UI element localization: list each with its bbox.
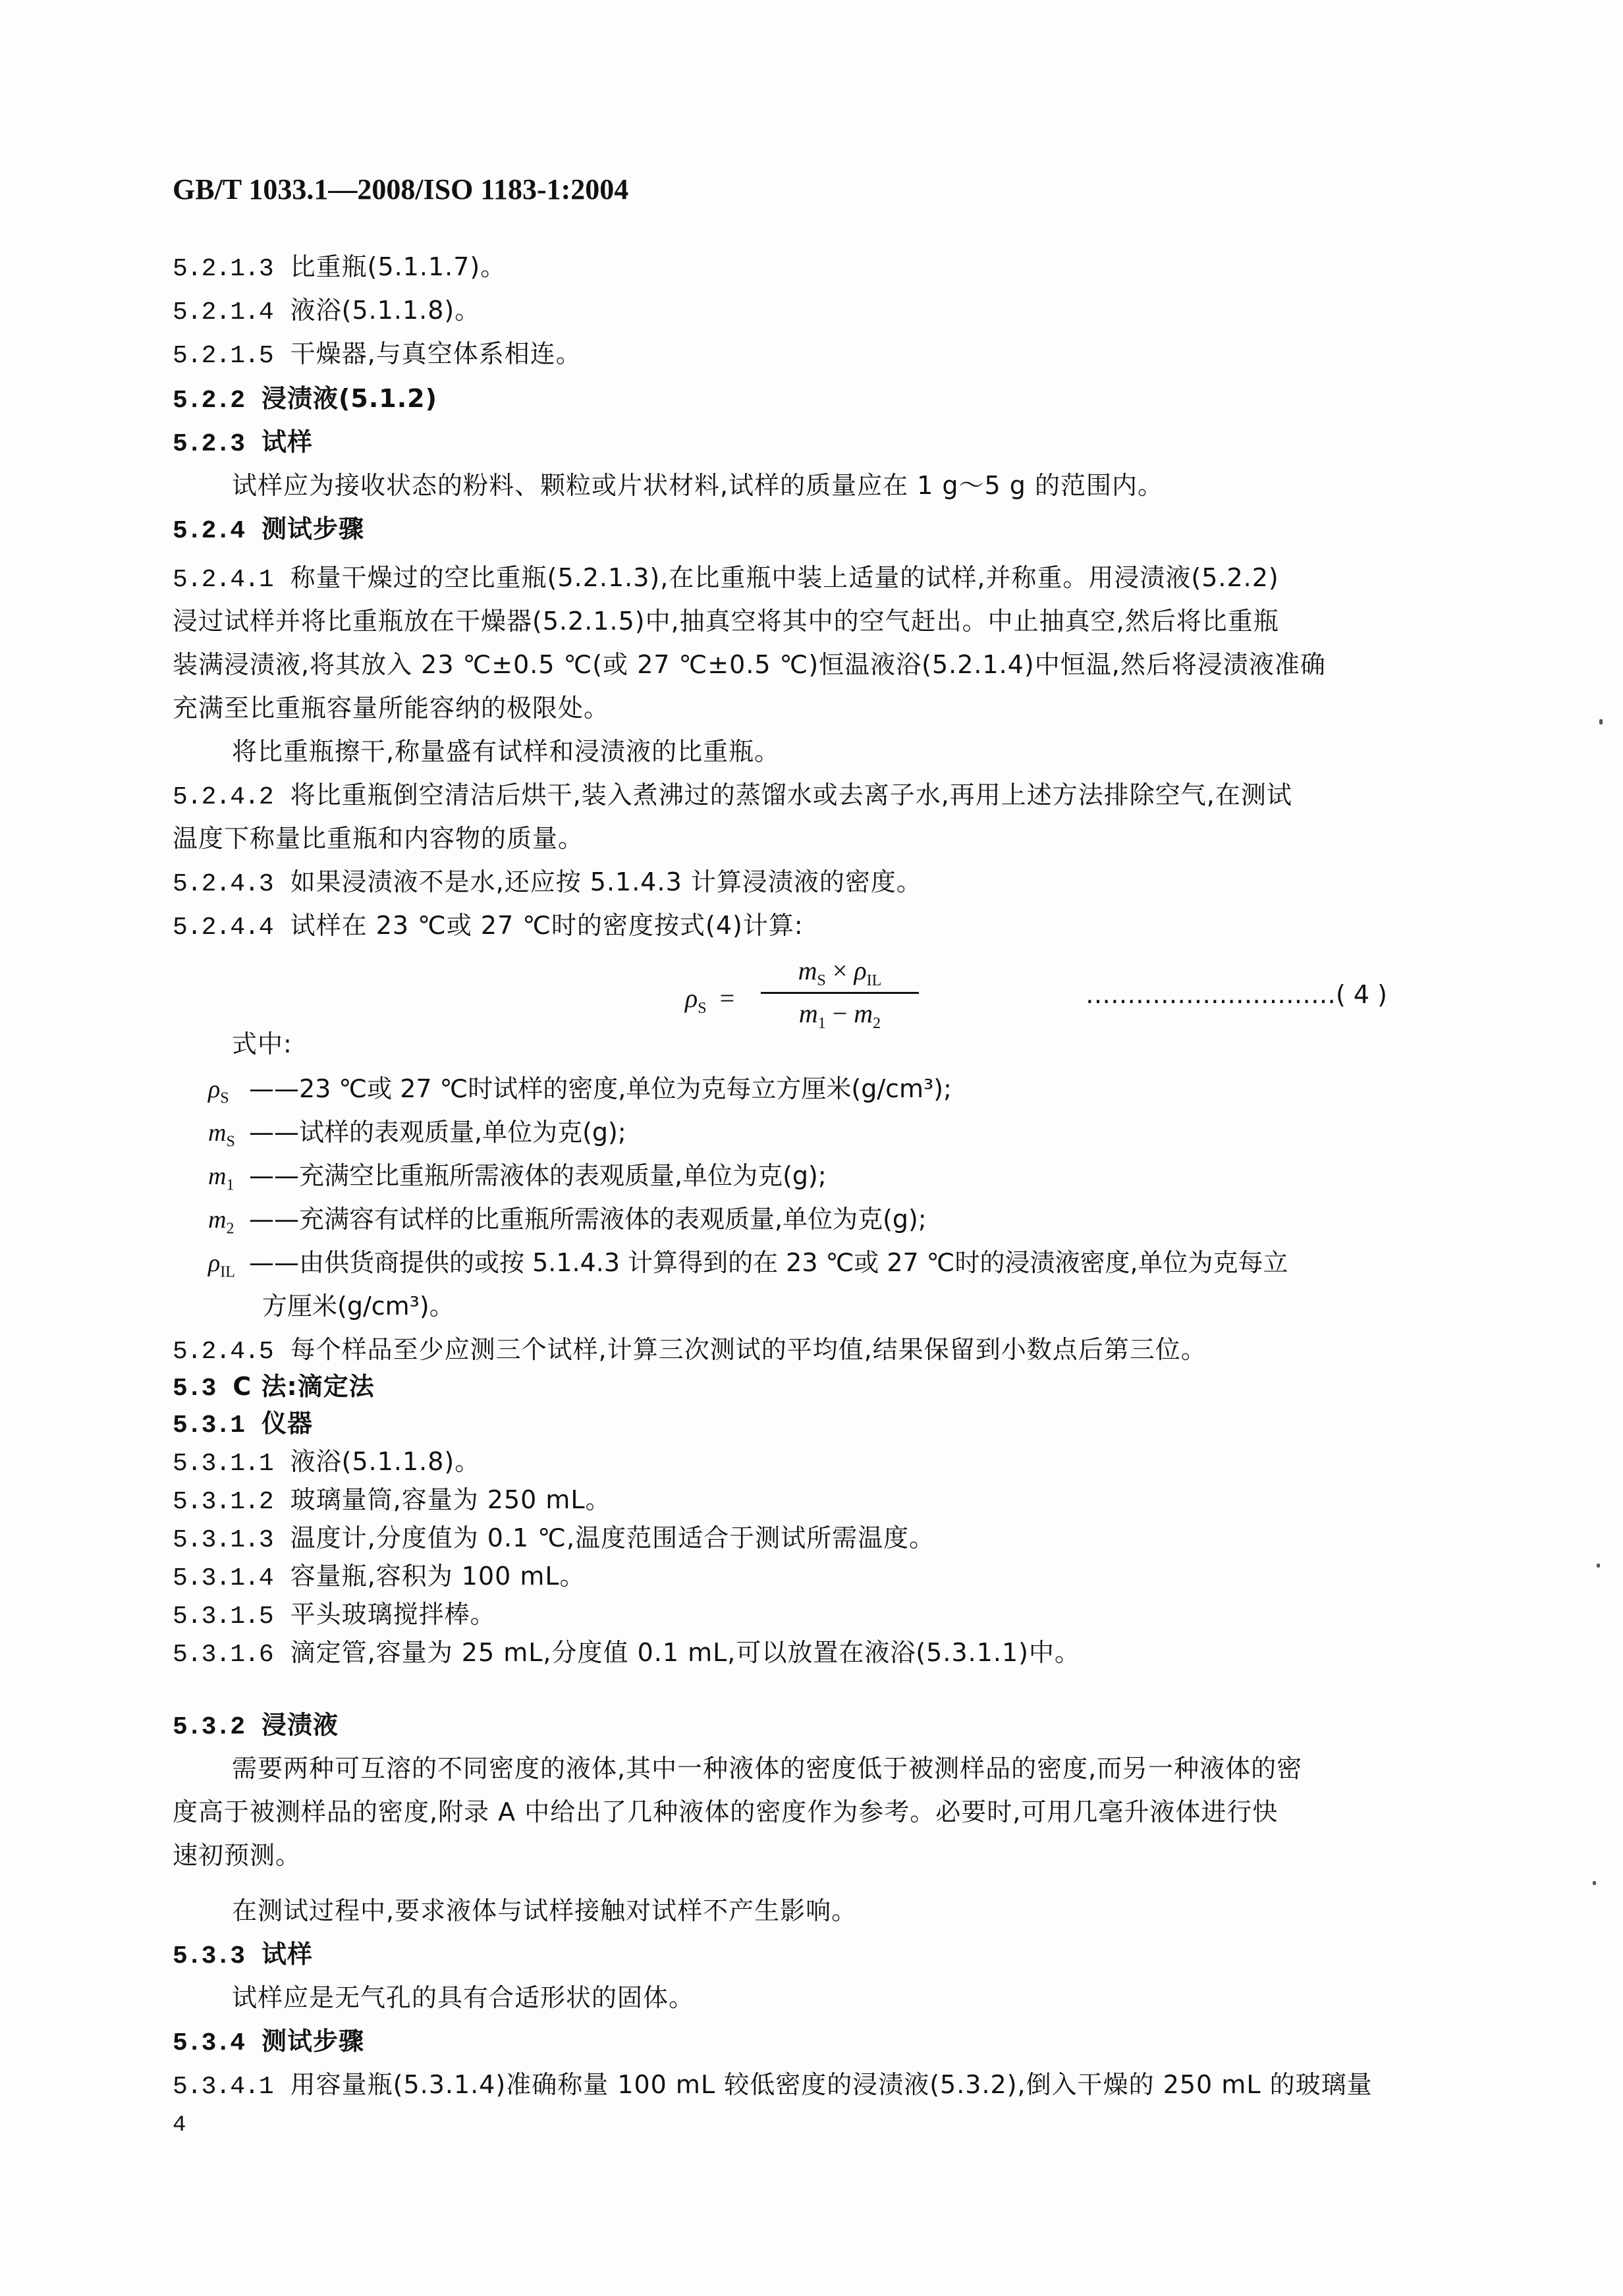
clause-heading: 试样 [261, 427, 313, 456]
clause-number: 5.3.4 [173, 2027, 244, 2060]
paragraph-5-2-4-1-b: 将比重瓶擦干,称量盛有试样和浸渍液的比重瓶。 [232, 735, 780, 768]
clause-number: 5.3.1.3 [173, 1524, 273, 1557]
clause-heading: 浸渍液 [261, 1710, 339, 1739]
clause-5-3-1: 5.3.1仪器 [173, 1407, 313, 1442]
clause-number: 5.2.4.1 [173, 564, 273, 597]
clause-number: 5.3.1.1 [173, 1448, 273, 1481]
scan-speck [1597, 1564, 1600, 1568]
clause-5-2-4-1: 5.2.4.1称量干燥过的空比重瓶(5.2.1.3),在比重瓶中装上适量的试样,… [173, 561, 1279, 597]
clause-number: 5.3.1.6 [173, 1639, 273, 1672]
clause-5-2-1-4: 5.2.1.4液浴(5.1.1.8)。 [173, 294, 480, 329]
clause-number: 5.3.1.5 [173, 1600, 273, 1633]
paragraph-5-3-2-a: 需要两种可互溶的不同密度的液体,其中一种液体的密度低于被测样品的密度,而另一种液… [232, 1752, 1302, 1785]
definition-m-1: m1——充满空比重瓶所需液体的表观质量,单位为克(g); [208, 1159, 827, 1202]
clause-text: 液浴(5.1.1.8)。 [290, 1447, 481, 1476]
scan-speck [1599, 719, 1603, 724]
clause-5-3-1-2: 5.3.1.2玻璃量筒,容量为 250 mL。 [173, 1483, 611, 1519]
clause-number: 5.2.4.5 [173, 1336, 273, 1369]
clause-5-3-3: 5.3.3试样 [173, 1938, 313, 1973]
clause-5-2-1-5: 5.2.1.5干燥器,与真空体系相连。 [173, 337, 582, 373]
formula-denominator: m1 − m2 [761, 998, 919, 1031]
clause-5-2-1-3: 5.2.1.3比重瓶(5.1.1.7)。 [173, 250, 506, 286]
clause-5-2-4-2-line-2: 温度下称量比重瓶和内容物的质量。 [173, 822, 584, 855]
clause-text: 温度计,分度值为 0.1 ℃,温度范围适合于测试所需温度。 [290, 1523, 935, 1552]
definition-text: 充满容有试样的比重瓶所需液体的表观质量,单位为克(g); [299, 1205, 927, 1234]
clause-text: 用容量瓶(5.3.1.4)准确称量 100 mL 较低密度的浸渍液(5.3.2)… [290, 2070, 1373, 2099]
clause-heading: 浸渍液(5.1.2) [261, 384, 437, 413]
definition-m-s: mS——试样的表观质量,单位为克(g); [208, 1116, 626, 1159]
fraction-bar [761, 992, 919, 994]
definition-rho-il-cont: 方厘米(g/cm³)。 [262, 1290, 454, 1323]
clause-5-3: 5.3C 法:滴定法 [173, 1370, 375, 1406]
clause-number: 5.2.4.4 [173, 912, 273, 944]
clause-number: 5.2.4 [173, 515, 244, 548]
symbol: m1 [208, 1160, 249, 1202]
paragraph-5-3-2-b: 在测试过程中,要求液体与试样接触对试样不产生影响。 [232, 1894, 857, 1927]
clause-5-2-4-5: 5.2.4.5每个样品至少应测三个试样,计算三次测试的平均值,结果保留到小数点后… [173, 1333, 1207, 1369]
clause-heading: 仪器 [261, 1409, 313, 1438]
clause-text: 玻璃量筒,容量为 250 mL。 [290, 1485, 611, 1514]
clause-5-3-1-5: 5.3.1.5平头玻璃搅拌棒。 [173, 1598, 496, 1633]
symbol: m2 [208, 1203, 249, 1245]
clause-text: 称量干燥过的空比重瓶(5.2.1.3),在比重瓶中装上适量的试样,并称重。用浸渍… [290, 563, 1279, 592]
definition-rho-s: ρS——23 ℃或 27 ℃时试样的密度,单位为克每立方厘米(g/cm³); [208, 1072, 952, 1115]
clause-5-2-4-1-line-3: 装满浸渍液,将其放入 23 ℃±0.5 ℃(或 27 ℃±0.5 ℃)恒温液浴(… [173, 648, 1326, 681]
definition-text: 充满空比重瓶所需液体的表观质量,单位为克(g); [299, 1161, 827, 1190]
clause-number: 5.2.3 [173, 428, 244, 461]
clause-5-3-1-3: 5.3.1.3温度计,分度值为 0.1 ℃,温度范围适合于测试所需温度。 [173, 1521, 935, 1557]
clause-5-3-4: 5.3.4测试步骤 [173, 2025, 364, 2060]
clause-number: 5.3 [173, 1373, 215, 1406]
formula-numerator: mS × ρIL [761, 955, 919, 988]
clause-heading: 测试步骤 [261, 514, 364, 543]
definition-text: 23 ℃或 27 ℃时试样的密度,单位为克每立方厘米(g/cm³); [299, 1074, 952, 1103]
definition-text: 由供货商提供的或按 5.1.4.3 计算得到的在 23 ℃或 27 ℃时的浸渍液… [299, 1248, 1288, 1277]
clause-number: 5.3.1 [173, 1409, 244, 1442]
clause-number: 5.2.1.4 [173, 296, 273, 329]
standard-header: GB/T 1033.1—2008/ISO 1183-1:2004 [173, 173, 628, 206]
document-page: GB/T 1033.1—2008/ISO 1183-1:2004 5.2.1.3… [0, 0, 1623, 2296]
clause-text: 干燥器,与真空体系相连。 [290, 339, 582, 368]
clause-text: 容量瓶,容积为 100 mL。 [290, 1562, 586, 1591]
clause-5-2-3: 5.2.3试样 [173, 425, 313, 461]
clause-5-2-4-1-line-4: 充满至比重瓶容量所能容纳的极限处。 [173, 692, 609, 724]
clause-text: 如果浸渍液不是水,还应按 5.1.4.3 计算浸渍液的密度。 [290, 867, 922, 896]
definition-rho-il: ρIL——由供货商提供的或按 5.1.4.3 计算得到的在 23 ℃或 27 ℃… [208, 1246, 1288, 1289]
paragraph-5-3-2-a-line-2: 度高于被测样品的密度,附录 A 中给出了几种液体的密度作为参考。必要时,可用几毫… [173, 1795, 1278, 1828]
clause-number: 5.2.1.3 [173, 253, 273, 286]
clause-5-3-2: 5.3.2浸渍液 [173, 1708, 339, 1744]
clause-5-2-4-1-line-2: 浸过试样并将比重瓶放在干燥器(5.2.1.5)中,抽真空将其中的空气赶出。中止抽… [173, 605, 1279, 638]
clause-number: 5.3.2 [173, 1711, 244, 1744]
definition-text: 试样的表观质量,单位为克(g); [299, 1118, 626, 1147]
clause-5-3-4-1: 5.3.4.1用容量瓶(5.3.1.4)准确称量 100 mL 较低密度的浸渍液… [173, 2068, 1373, 2104]
clause-number: 5.2.2 [173, 385, 244, 418]
formula-lhs: ρS = [685, 983, 734, 1018]
page-number: 4 [173, 2113, 186, 2138]
clause-5-2-4: 5.2.4测试步骤 [173, 512, 364, 548]
clause-number: 5.3.1.4 [173, 1562, 273, 1595]
clause-5-3-1-1: 5.3.1.1液浴(5.1.1.8)。 [173, 1445, 480, 1481]
clause-heading: C 法:滴定法 [233, 1372, 374, 1401]
symbol: ρIL [208, 1247, 249, 1289]
paragraph-5-3-3: 试样应是无气孔的具有合适形状的固体。 [232, 1981, 694, 2014]
clause-number: 5.3.4.1 [173, 2071, 273, 2104]
clause-text: 滴定管,容量为 25 mL,分度值 0.1 mL,可以放置在液浴(5.3.1.1… [290, 1638, 1080, 1667]
clause-text: 比重瓶(5.1.1.7)。 [290, 252, 507, 281]
clause-5-2-4-4: 5.2.4.4试样在 23 ℃或 27 ℃时的密度按式(4)计算: [173, 909, 804, 944]
clause-text: 液浴(5.1.1.8)。 [290, 296, 481, 325]
clause-text: 平头玻璃搅拌棒。 [290, 1600, 496, 1629]
clause-number: 5.3.1.2 [173, 1486, 273, 1519]
where-label: 式中: [232, 1027, 292, 1060]
clause-5-2-4-3: 5.2.4.3如果浸渍液不是水,还应按 5.1.4.3 计算浸渍液的密度。 [173, 865, 922, 901]
clause-text: 试样在 23 ℃或 27 ℃时的密度按式(4)计算: [290, 911, 804, 940]
clause-text: 将比重瓶倒空清洁后烘干,装入煮沸过的蒸馏水或去离子水,再用上述方法排除空气,在测… [290, 780, 1292, 809]
scan-speck [1593, 1881, 1596, 1885]
clause-5-3-1-6: 5.3.1.6滴定管,容量为 25 mL,分度值 0.1 mL,可以放置在液浴(… [173, 1636, 1080, 1672]
clause-number: 5.2.1.5 [173, 340, 273, 373]
paragraph-5-3-2-a-line-3: 速初预测。 [173, 1839, 301, 1872]
paragraph-5-2-3: 试样应为接收状态的粉料、颗粒或片状材料,试样的质量应在 1 g～5 g 的范围内… [232, 469, 1163, 502]
symbol: ρS [208, 1073, 249, 1115]
clause-5-2-2: 5.2.2浸渍液(5.1.2) [173, 382, 437, 418]
formula-fraction: mS × ρIL m1 − m2 [761, 955, 919, 1031]
definition-m-2: m2——充满容有试样的比重瓶所需液体的表观质量,单位为克(g); [208, 1203, 927, 1245]
clause-number: 5.2.4.2 [173, 781, 273, 814]
clause-text: 每个样品至少应测三个试样,计算三次测试的平均值,结果保留到小数点后第三位。 [290, 1335, 1207, 1364]
clause-5-3-1-4: 5.3.1.4容量瓶,容积为 100 mL。 [173, 1560, 586, 1595]
clause-heading: 试样 [261, 1940, 313, 1969]
clause-number: 5.2.4.3 [173, 868, 273, 901]
clause-number: 5.3.3 [173, 1940, 244, 1973]
symbol: mS [208, 1116, 249, 1159]
clause-heading: 测试步骤 [261, 2027, 364, 2056]
equation-number: …………………………( 4 ) [1086, 980, 1387, 1009]
clause-5-2-4-2: 5.2.4.2将比重瓶倒空清洁后烘干,装入煮沸过的蒸馏水或去离子水,再用上述方法… [173, 779, 1292, 814]
